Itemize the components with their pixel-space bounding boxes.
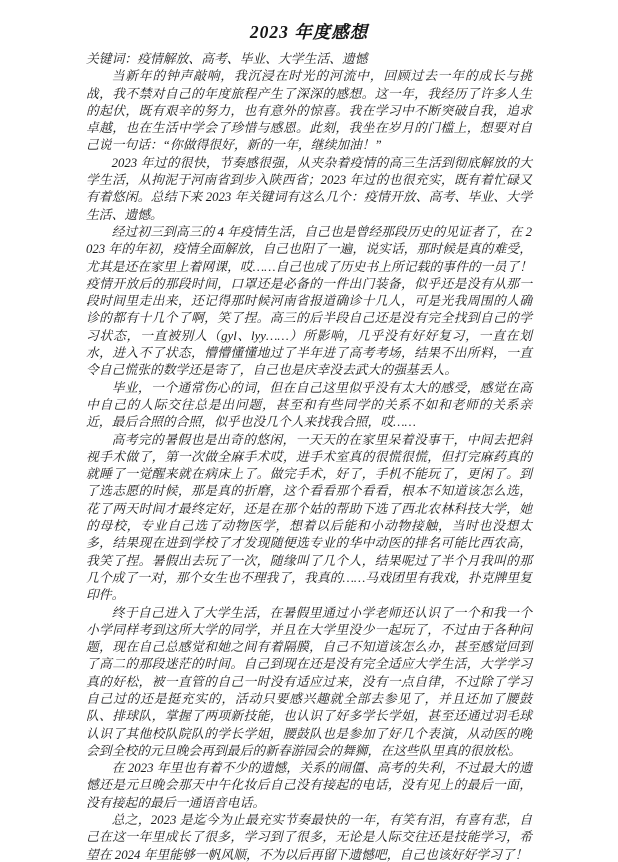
paragraph-pandemic: 经过初三到高三的 4 年疫情生活，自己也是曾经那段历史的见证者了，在 2023 … <box>86 224 532 380</box>
paragraph-summer: 高考完的暑假也是出奇的悠闲，一天天的在家里呆着没事干，中间去把斜视手术做了，第一… <box>86 432 532 605</box>
paragraph-regrets: 在 2023 年里也有着不少的遗憾，关系的闹僵、高考的失利，不过最大的遗憾还是元… <box>86 760 532 812</box>
paragraph-college-life: 终于自己进入了大学生活，在暑假里通过小学老师还认识了一个和我一个小学同样考到这所… <box>86 605 532 761</box>
document-title: 2023 年度感想 <box>0 19 618 44</box>
document-body: 关键词：疫情解放、高考、毕业、大学生活、遗憾 当新年的钟声敲响，我沉浸在时光的河… <box>86 51 532 862</box>
paragraph-graduation: 毕业，一个通常伤心的词，但在自己这里似乎没有太大的感受，感觉在高中自己的人际交往… <box>86 380 532 432</box>
document-page: 2023 年度感想 关键词：疫情解放、高考、毕业、大学生活、遗憾 当新年的钟声敲… <box>0 0 618 862</box>
keywords-line: 关键词：疫情解放、高考、毕业、大学生活、遗憾 <box>86 51 532 68</box>
paragraph-year-summary: 2023 年过的很快，节奏感很强，从夹杂着疫情的高三生活到彻底解放的大学生活，从… <box>86 155 532 224</box>
paragraph-intro: 当新年的钟声敲响，我沉浸在时光的河流中，回顾过去一年的成长与挑战，我不禁对自己的… <box>86 68 532 154</box>
paragraph-conclusion: 总之，2023 是迄今为止最充实节奏最快的一年，有笑有泪，有喜有悲，自己在这一年… <box>86 812 532 862</box>
